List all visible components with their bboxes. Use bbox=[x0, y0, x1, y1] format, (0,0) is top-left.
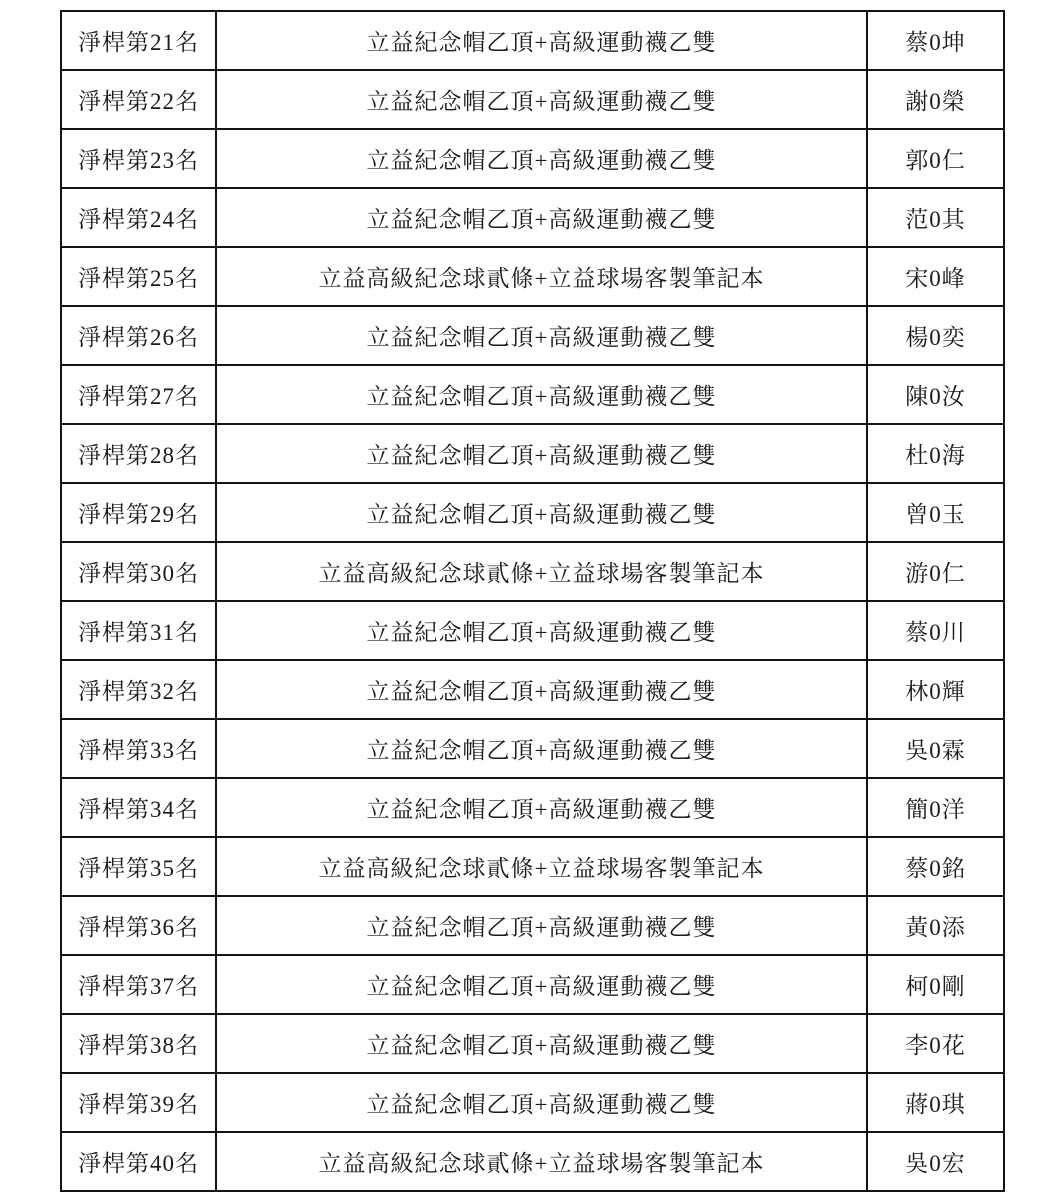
winner-cell: 李0花 bbox=[867, 1014, 1004, 1073]
table-row: 淨桿第26名立益紀念帽乙頂+高級運動襪乙雙楊0奕 bbox=[61, 306, 1004, 365]
rank-cell: 淨桿第34名 bbox=[61, 778, 216, 837]
rank-cell: 淨桿第39名 bbox=[61, 1073, 216, 1132]
prize-table: 淨桿第21名立益紀念帽乙頂+高級運動襪乙雙蔡0坤淨桿第22名立益紀念帽乙頂+高級… bbox=[60, 10, 1005, 1192]
prize-cell: 立益紀念帽乙頂+高級運動襪乙雙 bbox=[216, 1014, 867, 1073]
prize-cell: 立益紀念帽乙頂+高級運動襪乙雙 bbox=[216, 424, 867, 483]
winner-cell: 簡0洋 bbox=[867, 778, 1004, 837]
rank-cell: 淨桿第36名 bbox=[61, 896, 216, 955]
prize-cell: 立益高級紀念球貳條+立益球場客製筆記本 bbox=[216, 247, 867, 306]
table-row: 淨桿第23名立益紀念帽乙頂+高級運動襪乙雙郭0仁 bbox=[61, 129, 1004, 188]
rank-cell: 淨桿第32名 bbox=[61, 660, 216, 719]
rank-cell: 淨桿第37名 bbox=[61, 955, 216, 1014]
prize-cell: 立益紀念帽乙頂+高級運動襪乙雙 bbox=[216, 896, 867, 955]
winner-cell: 范0其 bbox=[867, 188, 1004, 247]
prize-cell: 立益紀念帽乙頂+高級運動襪乙雙 bbox=[216, 188, 867, 247]
table-row: 淨桿第33名立益紀念帽乙頂+高級運動襪乙雙吳0霖 bbox=[61, 719, 1004, 778]
prize-cell: 立益紀念帽乙頂+高級運動襪乙雙 bbox=[216, 365, 867, 424]
winner-cell: 蔣0琪 bbox=[867, 1073, 1004, 1132]
winner-cell: 楊0奕 bbox=[867, 306, 1004, 365]
rank-cell: 淨桿第29名 bbox=[61, 483, 216, 542]
prize-cell: 立益紀念帽乙頂+高級運動襪乙雙 bbox=[216, 70, 867, 129]
table-row: 淨桿第22名立益紀念帽乙頂+高級運動襪乙雙謝0榮 bbox=[61, 70, 1004, 129]
prize-cell: 立益紀念帽乙頂+高級運動襪乙雙 bbox=[216, 601, 867, 660]
table-row: 淨桿第36名立益紀念帽乙頂+高級運動襪乙雙黃0添 bbox=[61, 896, 1004, 955]
rank-cell: 淨桿第38名 bbox=[61, 1014, 216, 1073]
winner-cell: 蔡0川 bbox=[867, 601, 1004, 660]
table-row: 淨桿第29名立益紀念帽乙頂+高級運動襪乙雙曾0玉 bbox=[61, 483, 1004, 542]
winner-cell: 謝0榮 bbox=[867, 70, 1004, 129]
rank-cell: 淨桿第26名 bbox=[61, 306, 216, 365]
rank-cell: 淨桿第28名 bbox=[61, 424, 216, 483]
rank-cell: 淨桿第35名 bbox=[61, 837, 216, 896]
table-row: 淨桿第38名立益紀念帽乙頂+高級運動襪乙雙李0花 bbox=[61, 1014, 1004, 1073]
rank-cell: 淨桿第33名 bbox=[61, 719, 216, 778]
winner-cell: 蔡0銘 bbox=[867, 837, 1004, 896]
rank-cell: 淨桿第23名 bbox=[61, 129, 216, 188]
winner-cell: 吳0霖 bbox=[867, 719, 1004, 778]
rank-cell: 淨桿第24名 bbox=[61, 188, 216, 247]
table-row: 淨桿第24名立益紀念帽乙頂+高級運動襪乙雙范0其 bbox=[61, 188, 1004, 247]
prize-cell: 立益紀念帽乙頂+高級運動襪乙雙 bbox=[216, 306, 867, 365]
prize-cell: 立益高級紀念球貳條+立益球場客製筆記本 bbox=[216, 542, 867, 601]
prize-cell: 立益紀念帽乙頂+高級運動襪乙雙 bbox=[216, 483, 867, 542]
table-row: 淨桿第27名立益紀念帽乙頂+高級運動襪乙雙陳0汝 bbox=[61, 365, 1004, 424]
prize-cell: 立益紀念帽乙頂+高級運動襪乙雙 bbox=[216, 955, 867, 1014]
table-row: 淨桿第35名立益高級紀念球貳條+立益球場客製筆記本蔡0銘 bbox=[61, 837, 1004, 896]
winner-cell: 曾0玉 bbox=[867, 483, 1004, 542]
rank-cell: 淨桿第21名 bbox=[61, 11, 216, 70]
prize-cell: 立益紀念帽乙頂+高級運動襪乙雙 bbox=[216, 660, 867, 719]
table-row: 淨桿第39名立益紀念帽乙頂+高級運動襪乙雙蔣0琪 bbox=[61, 1073, 1004, 1132]
table-row: 淨桿第40名立益高級紀念球貳條+立益球場客製筆記本吳0宏 bbox=[61, 1132, 1004, 1191]
winner-cell: 林0輝 bbox=[867, 660, 1004, 719]
prize-cell: 立益紀念帽乙頂+高級運動襪乙雙 bbox=[216, 1073, 867, 1132]
rank-cell: 淨桿第22名 bbox=[61, 70, 216, 129]
table-row: 淨桿第31名立益紀念帽乙頂+高級運動襪乙雙蔡0川 bbox=[61, 601, 1004, 660]
rank-cell: 淨桿第27名 bbox=[61, 365, 216, 424]
prize-cell: 立益高級紀念球貳條+立益球場客製筆記本 bbox=[216, 1132, 867, 1191]
table-row: 淨桿第28名立益紀念帽乙頂+高級運動襪乙雙杜0海 bbox=[61, 424, 1004, 483]
rank-cell: 淨桿第31名 bbox=[61, 601, 216, 660]
table-row: 淨桿第37名立益紀念帽乙頂+高級運動襪乙雙柯0剛 bbox=[61, 955, 1004, 1014]
table-row: 淨桿第32名立益紀念帽乙頂+高級運動襪乙雙林0輝 bbox=[61, 660, 1004, 719]
winner-cell: 游0仁 bbox=[867, 542, 1004, 601]
winner-cell: 杜0海 bbox=[867, 424, 1004, 483]
winner-cell: 柯0剛 bbox=[867, 955, 1004, 1014]
prize-cell: 立益紀念帽乙頂+高級運動襪乙雙 bbox=[216, 129, 867, 188]
winner-cell: 陳0汝 bbox=[867, 365, 1004, 424]
document-page: 淨桿第21名立益紀念帽乙頂+高級運動襪乙雙蔡0坤淨桿第22名立益紀念帽乙頂+高級… bbox=[0, 0, 1060, 1200]
rank-cell: 淨桿第25名 bbox=[61, 247, 216, 306]
table-row: 淨桿第30名立益高級紀念球貳條+立益球場客製筆記本游0仁 bbox=[61, 542, 1004, 601]
table-row: 淨桿第34名立益紀念帽乙頂+高級運動襪乙雙簡0洋 bbox=[61, 778, 1004, 837]
table-row: 淨桿第25名立益高級紀念球貳條+立益球場客製筆記本宋0峰 bbox=[61, 247, 1004, 306]
winner-cell: 吳0宏 bbox=[867, 1132, 1004, 1191]
winner-cell: 郭0仁 bbox=[867, 129, 1004, 188]
prize-cell: 立益紀念帽乙頂+高級運動襪乙雙 bbox=[216, 778, 867, 837]
prize-cell: 立益高級紀念球貳條+立益球場客製筆記本 bbox=[216, 837, 867, 896]
winner-cell: 黃0添 bbox=[867, 896, 1004, 955]
winner-cell: 蔡0坤 bbox=[867, 11, 1004, 70]
prize-cell: 立益紀念帽乙頂+高級運動襪乙雙 bbox=[216, 719, 867, 778]
winner-cell: 宋0峰 bbox=[867, 247, 1004, 306]
rank-cell: 淨桿第40名 bbox=[61, 1132, 216, 1191]
prize-table-body: 淨桿第21名立益紀念帽乙頂+高級運動襪乙雙蔡0坤淨桿第22名立益紀念帽乙頂+高級… bbox=[61, 11, 1004, 1191]
rank-cell: 淨桿第30名 bbox=[61, 542, 216, 601]
prize-cell: 立益紀念帽乙頂+高級運動襪乙雙 bbox=[216, 11, 867, 70]
table-row: 淨桿第21名立益紀念帽乙頂+高級運動襪乙雙蔡0坤 bbox=[61, 11, 1004, 70]
